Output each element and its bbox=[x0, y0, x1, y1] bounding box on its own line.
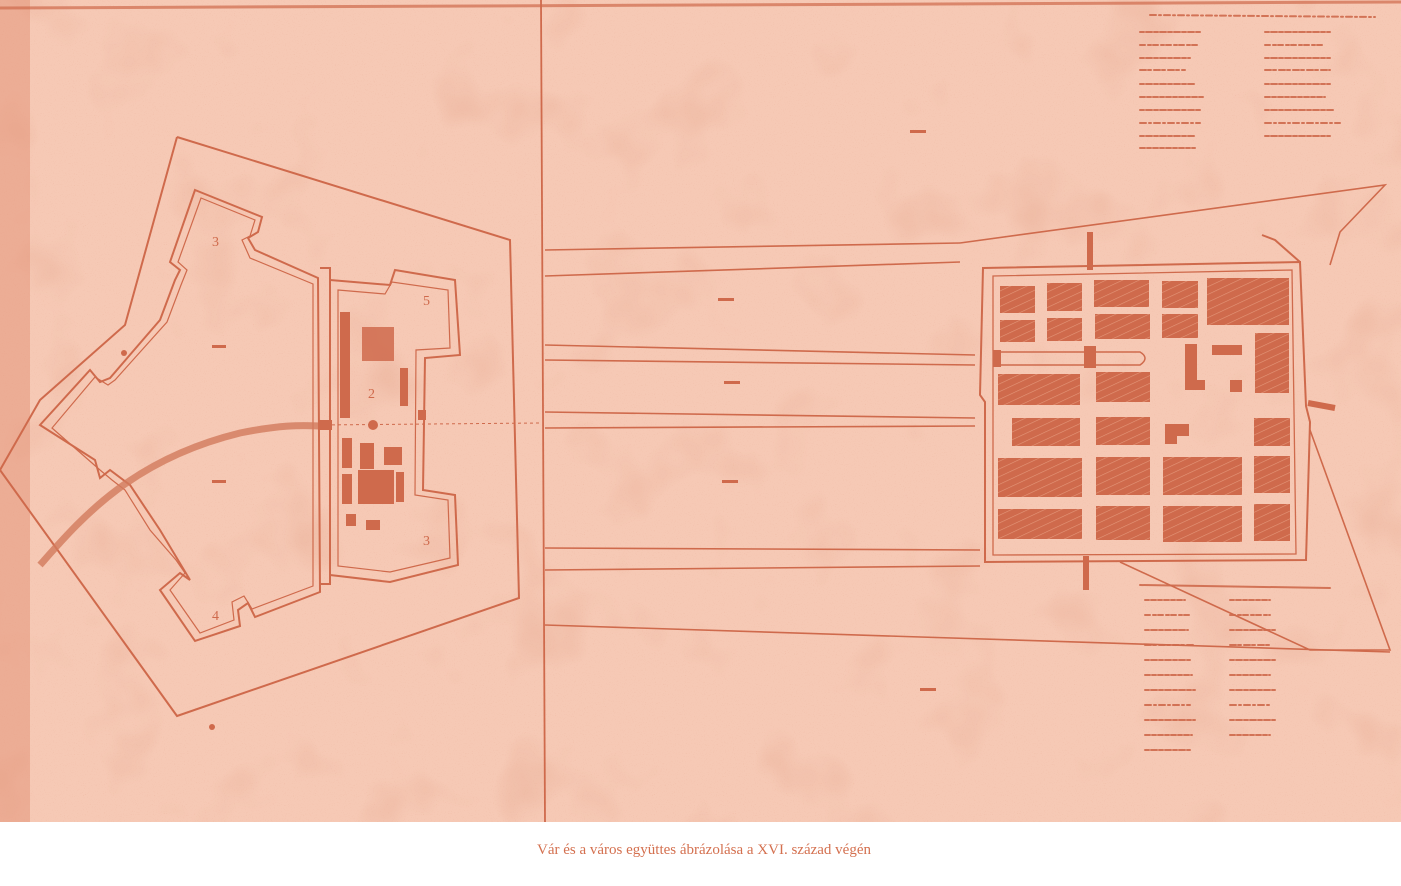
svg-text:4: 4 bbox=[212, 609, 219, 624]
svg-text:3: 3 bbox=[212, 235, 219, 250]
historical-map-plate: 3 4 5 2 3 bbox=[0, 0, 1401, 822]
map-caption: Vár és a város együttes ábrázolása a XVI… bbox=[0, 842, 1401, 859]
svg-text:2: 2 bbox=[368, 387, 375, 402]
svg-text:3: 3 bbox=[423, 534, 430, 549]
svg-text:5: 5 bbox=[423, 294, 430, 309]
caption-text: Vár és a város együttes ábrázolása a XVI… bbox=[537, 842, 871, 859]
